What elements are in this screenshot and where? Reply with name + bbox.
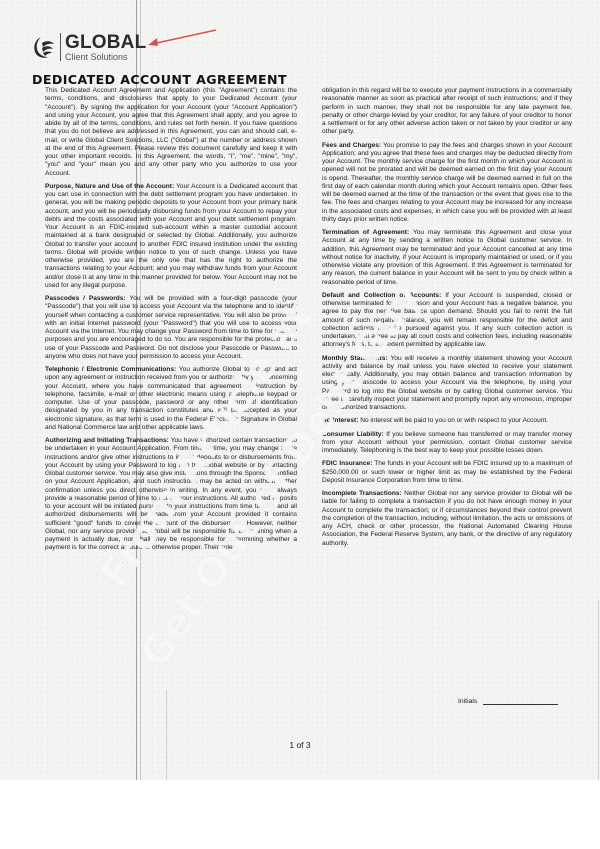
continued-paragraph: obligation in this regard will be to exe… <box>322 87 572 137</box>
section-heading: Passcodes / Passwords: <box>45 295 126 302</box>
section-heading: Purpose, Nature and Use of the Account: <box>45 183 174 190</box>
section-heading: Telephonic / Electronic Communications: <box>45 366 176 373</box>
section-heading: Termination of Agreement: <box>322 229 409 236</box>
scan-artifact-line <box>166 690 167 780</box>
global-client-solutions-logo: GLOBAL Client Solutions <box>32 29 146 65</box>
section-heading: FDIC Insurance: <box>322 460 372 467</box>
intro-paragraph: This Dedicated Account Agreement and App… <box>45 87 297 178</box>
section-no-interest: No Interest: No interest will be paid to… <box>322 417 572 425</box>
initials-label: Initials <box>458 698 477 705</box>
document-title: DEDICATED ACCOUNT AGREEMENT <box>32 72 287 87</box>
page-number: 1 of 3 <box>0 740 600 750</box>
section-fees-charges: Fees and Charges: You promise to pay the… <box>322 142 572 225</box>
section-heading: Fees and Charges: <box>322 142 381 149</box>
scan-artifact-line <box>598 600 599 780</box>
swoosh-logo-icon <box>32 34 56 60</box>
logo-name: GLOBAL <box>65 33 146 52</box>
logo-divider <box>60 33 61 61</box>
section-incomplete-transactions: Incomplete Transactions: Neither Global … <box>322 490 572 548</box>
section-termination: Termination of Agreement: You may termin… <box>322 229 572 287</box>
section-consumer-liability: Consumer Liability: If you believe someo… <box>322 431 572 456</box>
red-arrow-annotation-icon <box>148 28 218 48</box>
section-heading: Incomplete Transactions: <box>322 490 402 497</box>
section-fdic-insurance: FDIC Insurance: The funds in your Accoun… <box>322 460 572 485</box>
initials-field: Initials <box>458 698 558 705</box>
logo-subtitle: Client Solutions <box>65 53 146 62</box>
right-column: obligation in this regard will be to exe… <box>322 87 572 553</box>
section-purpose: Purpose, Nature and Use of the Account: … <box>45 183 297 290</box>
section-heading: Authorizing and Initiating Transactions: <box>45 437 169 444</box>
initials-signature-line <box>483 698 558 705</box>
scanned-page: GLOBAL Client Solutions DEDICATED ACCOUN… <box>0 0 600 780</box>
